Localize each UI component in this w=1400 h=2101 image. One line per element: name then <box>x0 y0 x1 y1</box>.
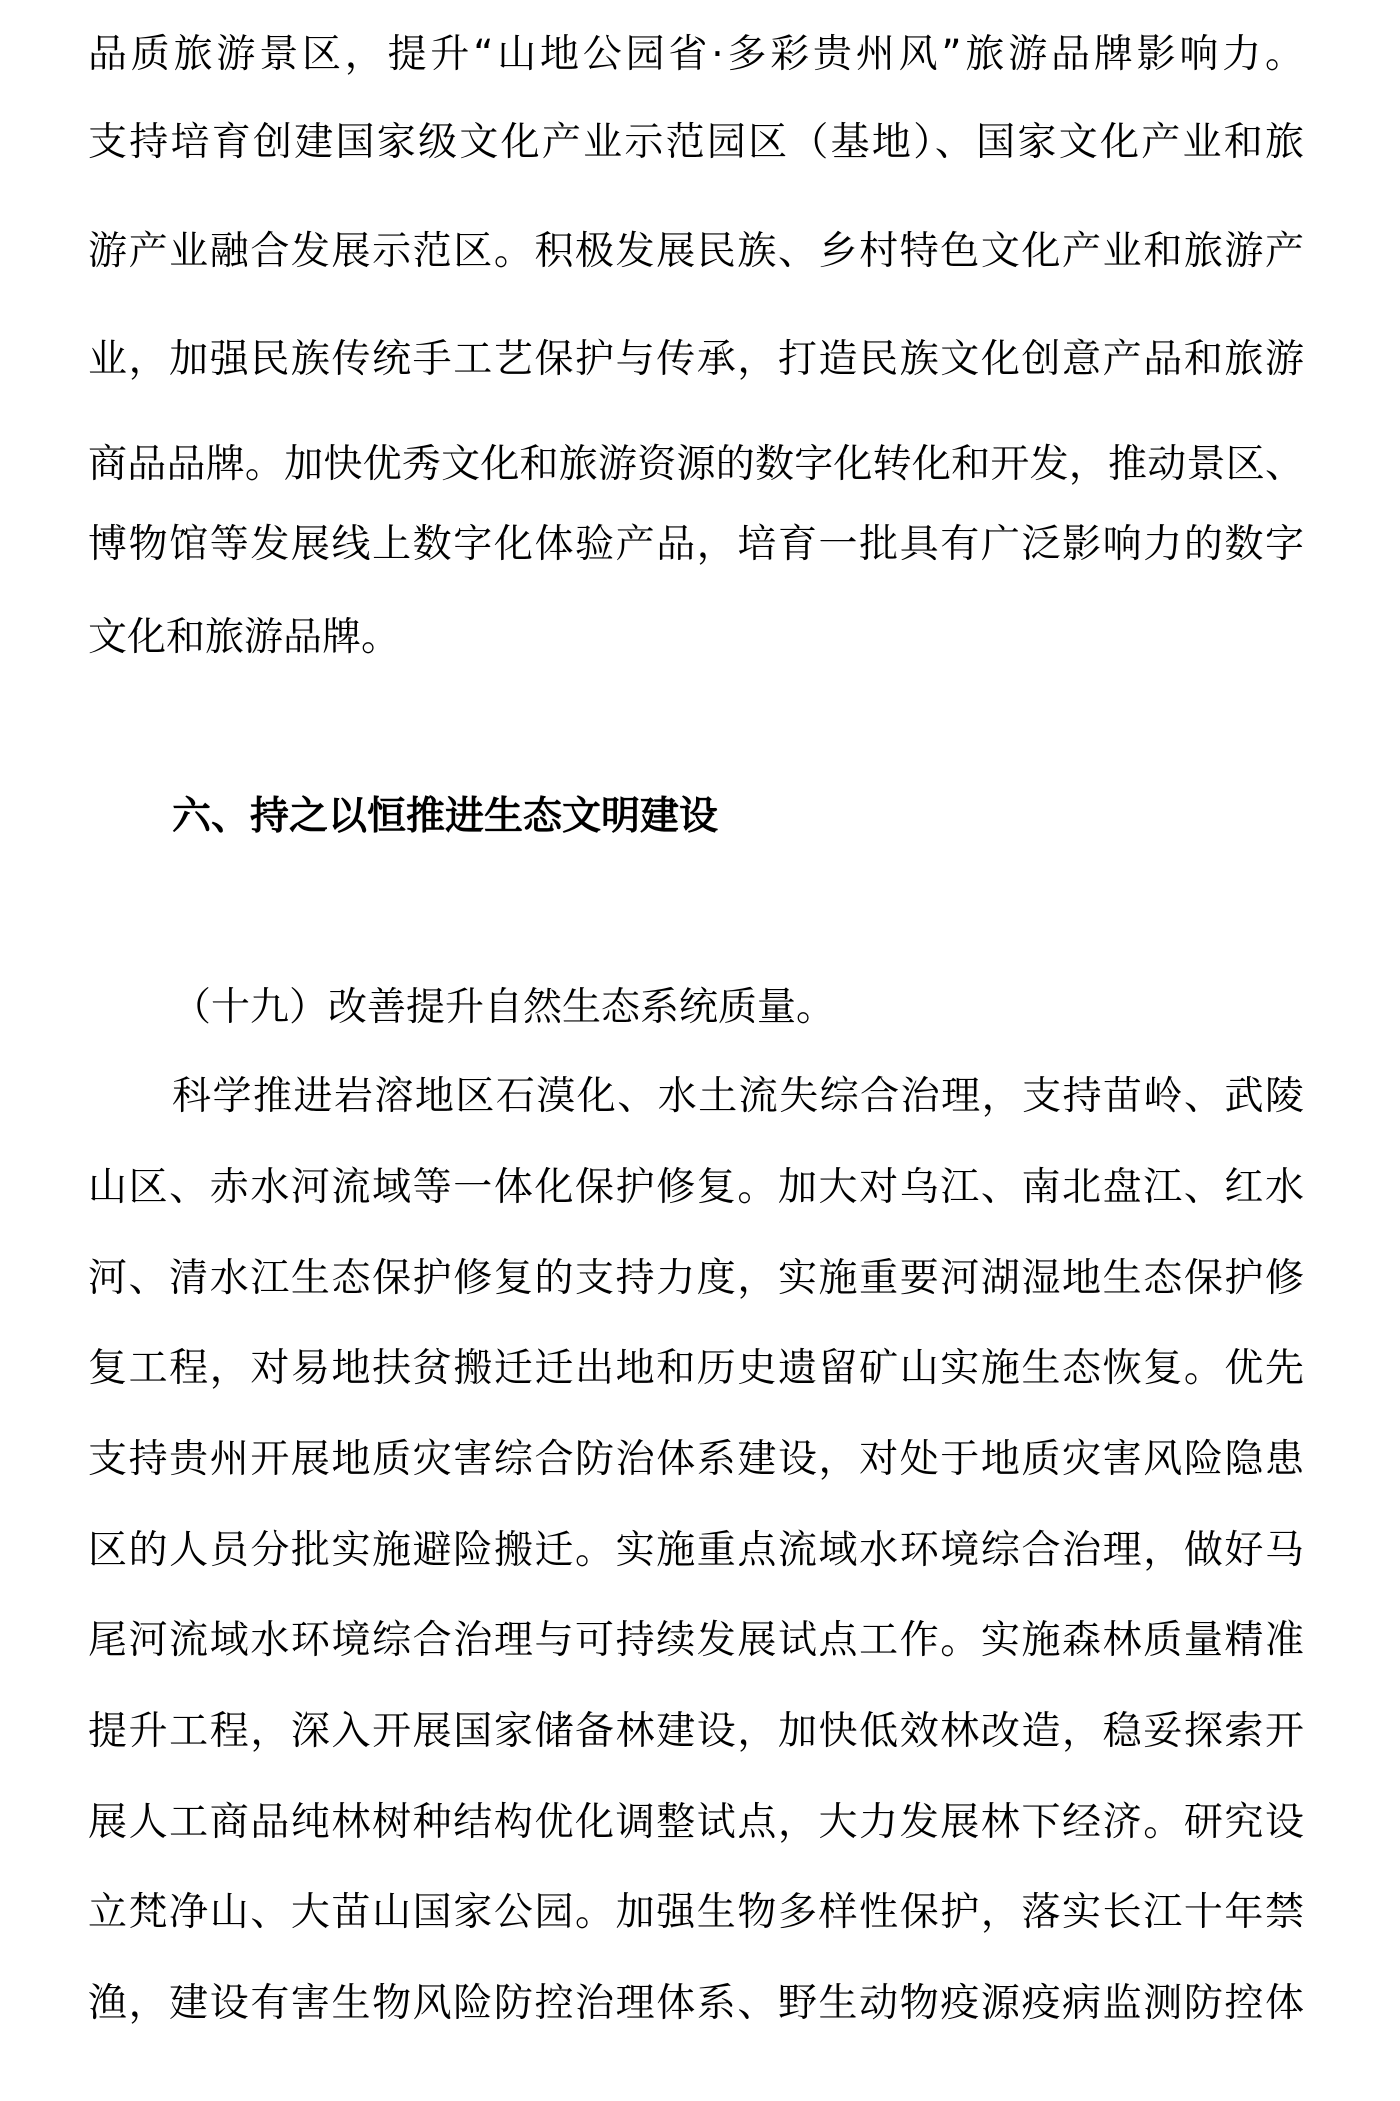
paragraph-line: 科学推进岩溶地区石漠化、水土流失综合治理，支持苗岭、武陵 <box>172 1072 1304 1122</box>
section-heading: 六、持之以恒推进生态文明建设 <box>172 792 718 842</box>
paragraph-line: 文化和旅游品牌。 <box>88 613 1304 663</box>
paragraph-line: 游产业融合发展示范区。积极发展民族、乡村特色文化产业和旅游产 <box>88 227 1304 277</box>
document-page: 品质旅游景区，提升“山地公园省·多彩贵州风”旅游品牌影响力。 支持培育创建国家级… <box>0 0 1400 2101</box>
paragraph-line: 支持培育创建国家级文化产业示范园区（基地）、国家文化产业和旅 <box>88 118 1304 168</box>
subsection-heading: （十九）改善提升自然生态系统质量。 <box>172 983 835 1033</box>
paragraph-line: 商品品牌。加快优秀文化和旅游资源的数字化转化和开发，推动景区、 <box>88 440 1304 490</box>
paragraph-line: 展人工商品纯林树种结构优化调整试点，大力发展林下经济。研究设 <box>88 1798 1304 1848</box>
paragraph-line: 博物馆等发展线上数字化体验产品，培育一批具有广泛影响力的数字 <box>88 520 1304 570</box>
paragraph-line: 立梵净山、大苗山国家公园。加强生物多样性保护，落实长江十年禁 <box>88 1888 1304 1938</box>
paragraph-line: 渔，建设有害生物风险防控治理体系、野生动物疫源疫病监测防控体 <box>88 1979 1304 2029</box>
paragraph-line: 支持贵州开展地质灾害综合防治体系建设，对处于地质灾害风险隐患 <box>88 1435 1304 1485</box>
paragraph-line: 业，加强民族传统手工艺保护与传承，打造民族文化创意产品和旅游 <box>88 335 1304 385</box>
paragraph-line: 山区、赤水河流域等一体化保护修复。加大对乌江、南北盘江、红水 <box>88 1163 1304 1213</box>
paragraph-line: 品质旅游景区，提升“山地公园省·多彩贵州风”旅游品牌影响力。 <box>88 30 1304 80</box>
paragraph-line: 提升工程，深入开展国家储备林建设，加快低效林改造，稳妥探索开 <box>88 1707 1304 1757</box>
paragraph-line: 区的人员分批实施避险搬迁。实施重点流域水环境综合治理，做好马 <box>88 1526 1304 1576</box>
paragraph-line: 河、清水江生态保护修复的支持力度，实施重要河湖湿地生态保护修 <box>88 1254 1304 1304</box>
paragraph-line: 复工程，对易地扶贫搬迁迁出地和历史遗留矿山实施生态恢复。优先 <box>88 1344 1304 1394</box>
paragraph-line: 尾河流域水环境综合治理与可持续发展试点工作。实施森林质量精准 <box>88 1616 1304 1666</box>
